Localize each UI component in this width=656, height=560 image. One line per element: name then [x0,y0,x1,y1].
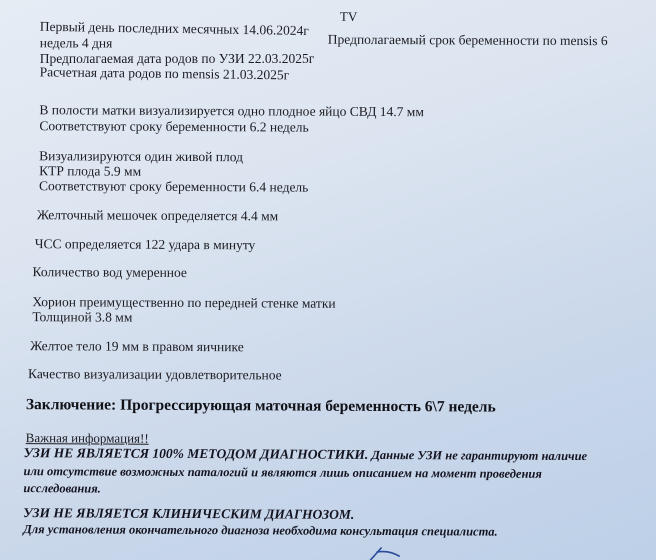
yolk-sac-finding: Желточный мешочек определяется 4.4 мм [37,207,278,223]
disclaimer: УЗИ НЕ ЯВЛЯЕТСЯ 100% МЕТОДОМ ДИАГНОСТИКИ… [23,444,623,501]
corpus-luteum-finding: Желтое тело 19 мм в правом яичнике [30,338,244,354]
crl-age: Соответствуют сроку беременности 6.4 нед… [39,178,308,194]
disclaimer-consult: Для установления окончательного диагноза… [23,522,498,539]
amniotic-fluid-finding: Количество вод умеренное [33,264,187,280]
signature-mark [359,544,419,560]
heart-rate-finding: ЧСС определяется 122 удара в минуту [35,236,256,252]
disclaimer-line-2: или отсутствие возможных паталогий и явл… [23,463,623,484]
visualization-quality: Качество визуализации удовлетворительное [28,366,282,382]
chorion-finding: Хорион преимущественно по передней стенк… [32,294,335,311]
scan-mode-header: TV [340,9,357,24]
ultrasound-report: TV Первый день последних месячных 14.06.… [0,0,656,560]
gestational-sac-finding: В полости матки визуализируется одно пло… [39,102,424,119]
chorion-thickness: Толщиной 3.8 мм [32,309,132,325]
disclaimer-caps-1: УЗИ НЕ ЯВЛЯЕТСЯ 100% МЕТОДОМ ДИАГНОСТИКИ… [24,445,369,462]
disclaimer-line-1-rest: Данные УЗИ не гарантируют наличие [368,448,587,463]
fetus-count-finding: Визуализируются один живой плод [39,148,243,164]
disclaimer-line-3: исследования. [23,480,623,501]
gestational-age-mensis-continued: недель 4 дня [40,35,113,50]
conclusion: Заключение: Прогрессирующая маточная бер… [26,396,496,416]
disclaimer-line-1: УЗИ НЕ ЯВЛЯЕТСЯ 100% МЕТОДОМ ДИАГНОСТИКИ… [24,444,624,466]
due-date-ultrasound: Предполагаемая дата родов по УЗИ 22.03.2… [40,51,315,66]
due-date-mensis: Расчетная дата родов по mensis 21.03.202… [40,64,290,82]
crl-finding: КТР плода 5.9 мм [39,163,141,179]
gestational-age-mensis: Предполагаемый срок беременности по mens… [328,32,608,48]
disclaimer-caps-2: УЗИ НЕ ЯВЛЯЕТСЯ КЛИНИЧЕСКИМ ДИАГНОЗОМ. [23,505,354,523]
gestational-sac-age: Соответствуют сроку беременности 6.2 нед… [39,118,308,134]
